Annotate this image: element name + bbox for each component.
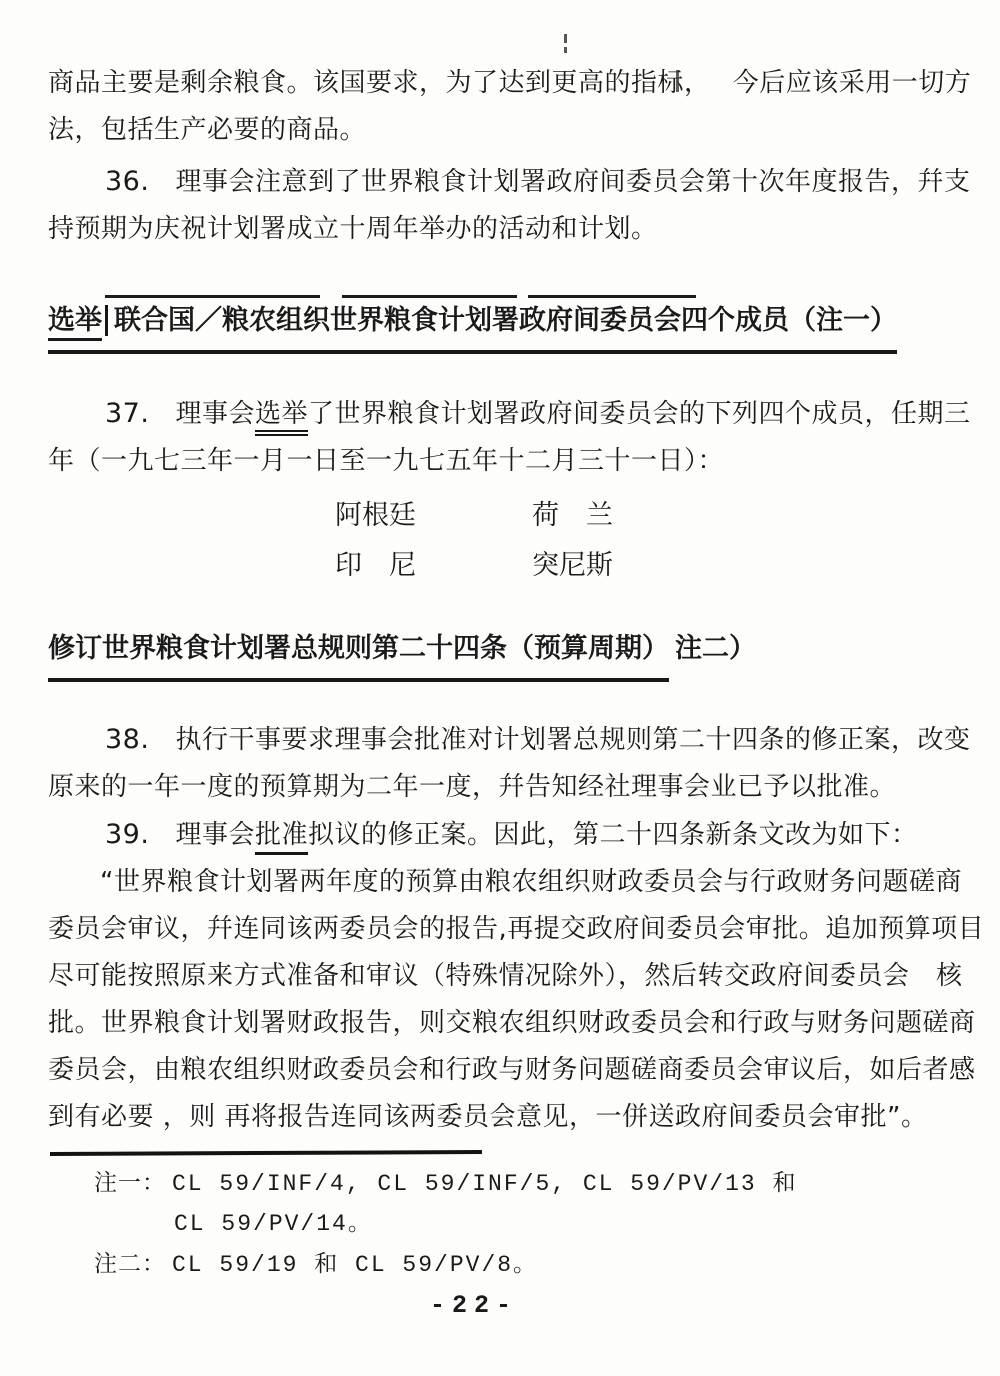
text-line: 委员会，由粮农组织财政委员会和行政与财务问题磋商委员会审议后，如后者感 [48,1047,960,1094]
paragraph-39: 39.理事会批准拟议的修正案。因此，第二十四条新条文改为如下： [48,811,960,859]
heading-main-text: 联合国／粮农组织世界粮食计划署政府间委员会四个成员（注一） [105,305,897,336]
paragraph-text: 理事会注意到了世界粮食计划署政府间委员会第十次年度报告，幷支 [175,167,970,197]
heading-underlined-text: 修订世界粮食计划署总规则第二十四条（预算周期） [48,625,669,682]
paragraph-text: 执行干事要求理事会批准对计划署总规则第二十四条的修正案，改变 [175,725,970,755]
member-name: 荷 兰 [532,491,613,541]
text-line: 法，包括生产必要的商品。 [48,107,960,154]
members-row: 印 尼突尼斯 [48,541,960,591]
heading-underlined-text: 选举联合国／粮农组织世界粮食计划署政府间委员会四个成员（注一） [48,297,897,354]
paragraph-text: 了世界粮食计划署政府间委员会的下列四个成员，任期三 [308,399,971,429]
paragraph-36: 36.理事会注意到了世界粮食计划署政府间委员会第十次年度报告，幷支 持预期为庆祝… [48,158,960,253]
footnote-1-continued: CL 59/PV/14。 [94,1204,960,1244]
heading-edit-word: 选举 [48,305,102,341]
ink-speck [564,47,567,53]
text-line: 39.理事会批准拟议的修正案。因此，第二十四条新条文改为如下： [48,811,960,859]
paragraph-37: 37.理事会选举了世界粮食计划署政府间委员会的下列四个成员，任期三 年（一九七三… [48,390,960,485]
edit-overline-mark [528,295,696,298]
text-line: 原来的一年一度的预算期为二年一度，幷告知经社理事会业已予以批准。 [48,764,960,811]
footnote-text: CL 59/19 和 CL 59/PV/8。 [172,1252,538,1278]
member-name: 印 尼 [335,541,416,591]
paragraph-38: 38.执行干事要求理事会批准对计划署总规则第二十四条的修正案，改变 原来的一年一… [48,716,960,811]
heading-plain-text: 注二） [675,633,756,664]
page-number: -22- [18,1291,930,1320]
members-list: 阿根廷荷 兰 印 尼突尼斯 [48,491,960,591]
paragraph-number: 38. [105,716,149,763]
quote-paragraph: “世界粮食计划署两年度的预算由粮农组织财政委员会与行政财务问题磋商 委员会审议，… [48,859,960,1141]
edit-overline-mark [105,295,320,298]
footnote-label: 注一： [94,1170,166,1196]
paragraph-text: 拟议的修正案。因此，第二十四条新条文改为如下： [308,820,918,850]
footnote-2: 注二：CL 59/19 和 CL 59/PV/8。 [94,1244,960,1285]
text-line: 商品主要是剩余粮食。该国要求，为了达到更高的指标， 今后应该采用一切方 [48,60,960,107]
text-line: 年（一九七三年一月一日至一九七五年十二月三十一日）： [48,438,960,485]
section-heading-election: 选举联合国／粮农组织世界粮食计划署政府间委员会四个成员（注一） [48,297,960,354]
members-row: 阿根廷荷 兰 [48,491,960,541]
text-line: “世界粮食计划署两年度的预算由粮农组织财政委员会与行政财务问题磋商 [48,859,960,906]
text-line: 批。世界粮食计划署财政报告，则交粮农组织财政委员会和行政与财务问题磋商 [48,1000,960,1047]
text-line: 持预期为庆祝计划署成立十周年举办的活动和计划。 [48,206,960,253]
paragraph-text: 理事会 [175,399,255,429]
footnote-label: 注二： [94,1251,166,1277]
paragraph-text: 理事会 [175,820,255,850]
text-line: 37.理事会选举了世界粮食计划署政府间委员会的下列四个成员，任期三 [48,390,960,438]
footnote-1: 注一：CL 59/INF/4, CL 59/INF/5, CL 59/PV/13… [94,1163,960,1204]
text-line: 到有必要 ，则 再将报告连同该两委员会意见，一併送政府间委员会审批”。 [48,1094,960,1141]
paragraph-number: 39. [105,811,149,858]
text-line: 36.理事会注意到了世界粮食计划署政府间委员会第十次年度报告，幷支 [48,158,960,206]
text-line: 38.执行干事要求理事会批准对计划署总规则第二十四条的修正案，改变 [48,716,960,764]
underlined-word: 选举 [255,399,308,436]
scanned-document-page: 商品主要是剩余粮食。该国要求，为了达到更高的指标， 今后应该采用一切方 法，包括… [0,0,1000,1376]
text-line: 委员会审议，幷连同该两委员会的报告,再提交政府间委员会审批。追加预算项目 [48,906,960,953]
text-line: 尽可能按照原来方式准备和审议（特殊情况除外），然后转交政府间委员会 核 [48,953,960,1000]
paragraph-number: 36. [105,158,149,205]
edit-overline-mark [342,295,517,298]
paragraph-number: 37. [105,390,149,437]
intro-paragraph: 商品主要是剩余粮食。该国要求，为了达到更高的指标， 今后应该采用一切方 法，包括… [48,60,960,154]
footnote-text: CL 59/INF/4, CL 59/INF/5, CL 59/PV/13 和 [172,1171,798,1197]
member-name: 阿根廷 [335,491,416,541]
section-heading-amendment: 修订世界粮食计划署总规则第二十四条（预算周期）注二） [48,625,960,682]
ink-speck [564,34,567,43]
document-content: 商品主要是剩余粮食。该国要求，为了达到更高的指标， 今后应该采用一切方 法，包括… [0,0,1000,1320]
member-name: 突尼斯 [532,541,613,591]
ink-speck [676,70,679,92]
underlined-word: 批准 [255,820,308,855]
footnotes: 注一：CL 59/INF/4, CL 59/INF/5, CL 59/PV/13… [48,1163,960,1285]
footnote-divider [50,1150,482,1156]
